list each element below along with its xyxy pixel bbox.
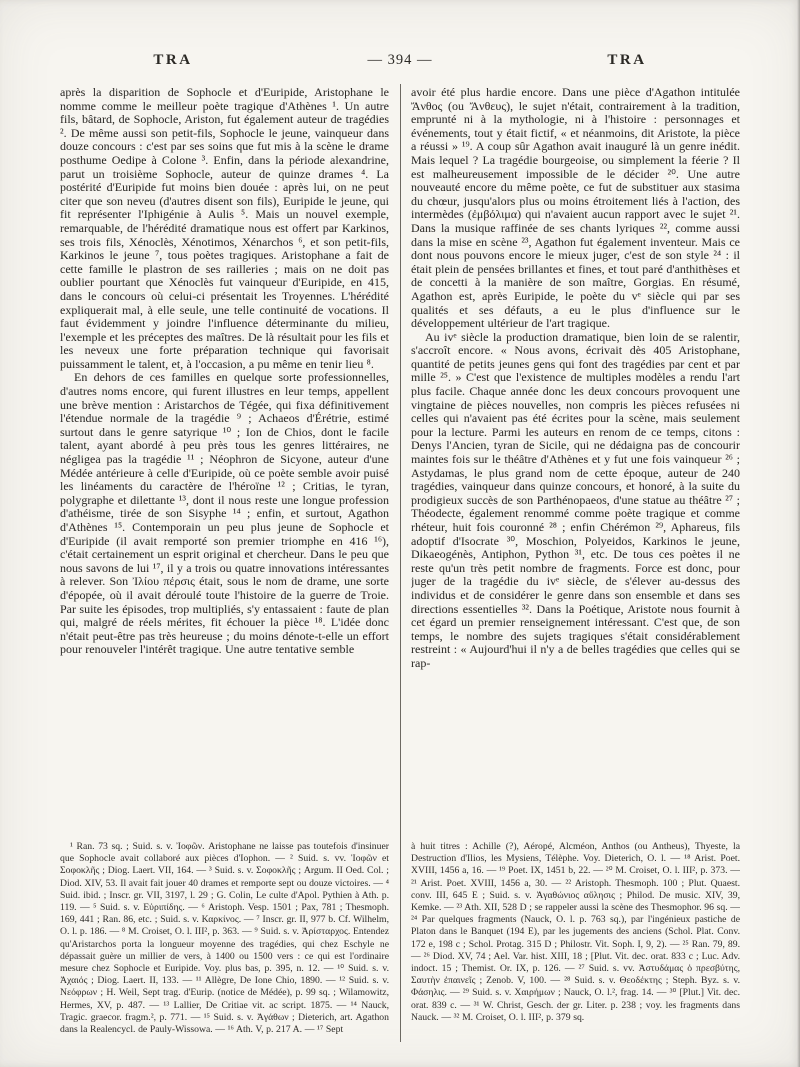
footnotes-right-column: à huit titres : Achille (?), Aéropé, Alc… [411,841,740,1036]
running-title-right: TRA [514,52,740,69]
page-number: — 394 — [286,52,514,69]
left-column: après la disparition de Sophocle et d'Eu… [60,86,389,834]
page-header: TRA — 394 — TRA [60,52,740,69]
footnotes-section: ¹ Ran. 73 sq. ; Suid. s. v. Ἰοφῶν. Arist… [60,841,740,1036]
body-text-columns: après la disparition de Sophocle et d'Eu… [60,86,740,834]
book-page: TRA — 394 — TRA après la disparition de … [0,0,800,1067]
body-paragraph-right-2: Au ivᵉ siècle la production dramatique, … [411,331,740,671]
body-paragraph-right-1: avoir été plus hardie encore. Dans une p… [411,86,740,331]
body-paragraph-left-1: après la disparition de Sophocle et d'Eu… [60,86,389,371]
body-paragraph-left-2: En dehors de ces familles en quelque sor… [60,371,389,656]
footnotes-left-column: ¹ Ran. 73 sq. ; Suid. s. v. Ἰοφῶν. Arist… [60,841,389,1036]
right-column: avoir été plus hardie encore. Dans une p… [411,86,740,834]
running-title-left: TRA [60,52,286,69]
